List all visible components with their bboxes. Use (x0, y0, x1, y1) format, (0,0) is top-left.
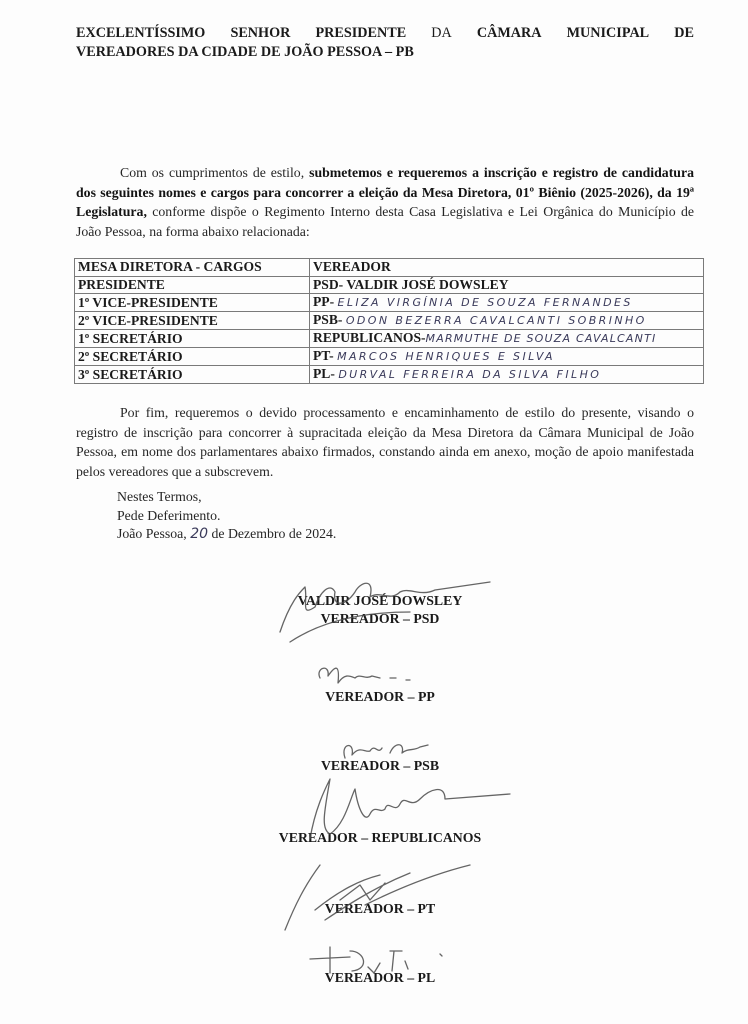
candidate-name-handwritten: ODON BEZERRA CAVALCANTI SOBRINHO (346, 314, 647, 327)
intro-text-2: conforme dispõe o Regimento Interno dest… (76, 204, 694, 239)
closing-line-2: Pede Deferimento. (117, 507, 336, 526)
signature-block-pl: VEREADOR – PL (290, 969, 470, 987)
candidate-name-handwritten: MARMUTHE DE SOUZA CAVALCANTI (426, 332, 657, 345)
header-word: EXCELENTÍSSIMO (76, 24, 205, 43)
header-word: PRESIDENTE (315, 24, 406, 43)
cargo-cell: 1º SECRETÁRIO (75, 330, 310, 348)
candidate-name-handwritten: ELIZA VIRGÍNIA DE SOUZA FERNANDES (338, 296, 633, 309)
signer-title: VEREADOR – PP (280, 688, 480, 706)
signer-title: VEREADOR – PSD (270, 610, 490, 628)
party-label: REPUBLICANOS- (313, 330, 426, 345)
header-word: MUNICIPAL (567, 24, 650, 43)
candidate-name: VALDIR JOSÉ DOWSLEY (346, 277, 508, 292)
header-line-2: VEREADORES DA CIDADE DE JOÃO PESSOA – PB (76, 43, 694, 62)
table-row: 3º SECRETÁRIO PL- DURVAL FERREIRA DA SIL… (75, 366, 704, 384)
signer-name: VALDIR JOSÉ DOWSLEY (270, 592, 490, 610)
intro-paragraph: Com os cumprimentos de estilo, submetemo… (76, 163, 694, 241)
column-header-vereador: VEREADOR (310, 259, 704, 277)
vereador-cell: PP- ELIZA VIRGÍNIA DE SOUZA FERNANDES (310, 294, 704, 312)
cargo-cell: 1º VICE-PRESIDENTE (75, 294, 310, 312)
signer-title: VEREADOR – PL (290, 969, 470, 987)
date-city: João Pessoa, (117, 526, 190, 541)
signature-block-republicanos: VEREADOR – REPUBLICANOS (250, 829, 510, 847)
signature-block-psb: VEREADOR – PSB (290, 757, 470, 775)
cargo-cell: 3º SECRETÁRIO (75, 366, 310, 384)
vereador-cell: PT- MARCOS HENRIQUES E SILVA (310, 348, 704, 366)
party-label: PP- (313, 294, 334, 309)
vereador-cell: PSD- VALDIR JOSÉ DOWSLEY (310, 276, 704, 294)
table-row: PRESIDENTE PSD- VALDIR JOSÉ DOWSLEY (75, 276, 704, 294)
vereador-cell: PSB- ODON BEZERRA CAVALCANTI SOBRINHO (310, 312, 704, 330)
signer-title: VEREADOR – PSB (290, 757, 470, 775)
closing-block: Nestes Termos, Pede Deferimento. João Pe… (117, 488, 336, 544)
signer-title: VEREADOR – REPUBLICANOS (250, 829, 510, 847)
addressee-header: EXCELENTÍSSIMO SENHOR PRESIDENTE DA CÂMA… (76, 24, 694, 62)
candidates-table: MESA DIRETORA - CARGOS VEREADOR PRESIDEN… (74, 258, 704, 384)
cargo-cell: 2º VICE-PRESIDENTE (75, 312, 310, 330)
signature-scribble-icon (310, 658, 460, 692)
document-page: EXCELENTÍSSIMO SENHOR PRESIDENTE DA CÂMA… (0, 0, 748, 1024)
header-word: SENHOR (230, 24, 290, 43)
table-row: 1º SECRETÁRIO REPUBLICANOS-MARMUTHE DE S… (75, 330, 704, 348)
party-label: PT- (313, 348, 334, 363)
intro-text: Com os cumprimentos de estilo, (120, 165, 309, 180)
column-header-cargos: MESA DIRETORA - CARGOS (75, 259, 310, 277)
header-word: DE (674, 24, 694, 43)
date-line: João Pessoa, 20 de Dezembro de 2024. (117, 525, 336, 544)
table-header-row: MESA DIRETORA - CARGOS VEREADOR (75, 259, 704, 277)
table-row: 2º VICE-PRESIDENTE PSB- ODON BEZERRA CAV… (75, 312, 704, 330)
candidate-name-handwritten: DURVAL FERREIRA DA SILVA FILHO (338, 368, 601, 381)
vereador-cell: REPUBLICANOS-MARMUTHE DE SOUZA CAVALCANT… (310, 330, 704, 348)
header-line-1: EXCELENTÍSSIMO SENHOR PRESIDENTE DA CÂMA… (76, 24, 694, 43)
party-label: PSD- (313, 277, 343, 292)
table-row: 1º VICE-PRESIDENTE PP- ELIZA VIRGÍNIA DE… (75, 294, 704, 312)
party-label: PSB- (313, 312, 342, 327)
signer-title: VEREADOR – PT (290, 900, 470, 918)
date-day-handwritten: 20 (190, 526, 208, 542)
signature-block-pt: VEREADOR – PT (290, 900, 470, 918)
signature-scribble-icon (270, 855, 510, 935)
closing-line-1: Nestes Termos, (117, 488, 336, 507)
header-word: CÂMARA (477, 24, 542, 43)
header-word: DA (431, 24, 452, 43)
closing-paragraph: Por fim, requeremos o devido processamen… (76, 403, 694, 481)
date-month-year: de Dezembro de 2024. (208, 526, 336, 541)
party-label: PL- (313, 366, 335, 381)
cargo-cell: 2º SECRETÁRIO (75, 348, 310, 366)
signature-block-psd: VALDIR JOSÉ DOWSLEY VEREADOR – PSD (270, 592, 490, 628)
candidate-name-handwritten: MARCOS HENRIQUES E SILVA (337, 350, 555, 363)
vereador-cell: PL- DURVAL FERREIRA DA SILVA FILHO (310, 366, 704, 384)
closing-paragraph-text: Por fim, requeremos o devido processamen… (76, 405, 694, 479)
signature-block-pp: VEREADOR – PP (280, 688, 480, 706)
table-row: 2º SECRETÁRIO PT- MARCOS HENRIQUES E SIL… (75, 348, 704, 366)
cargo-cell: PRESIDENTE (75, 276, 310, 294)
